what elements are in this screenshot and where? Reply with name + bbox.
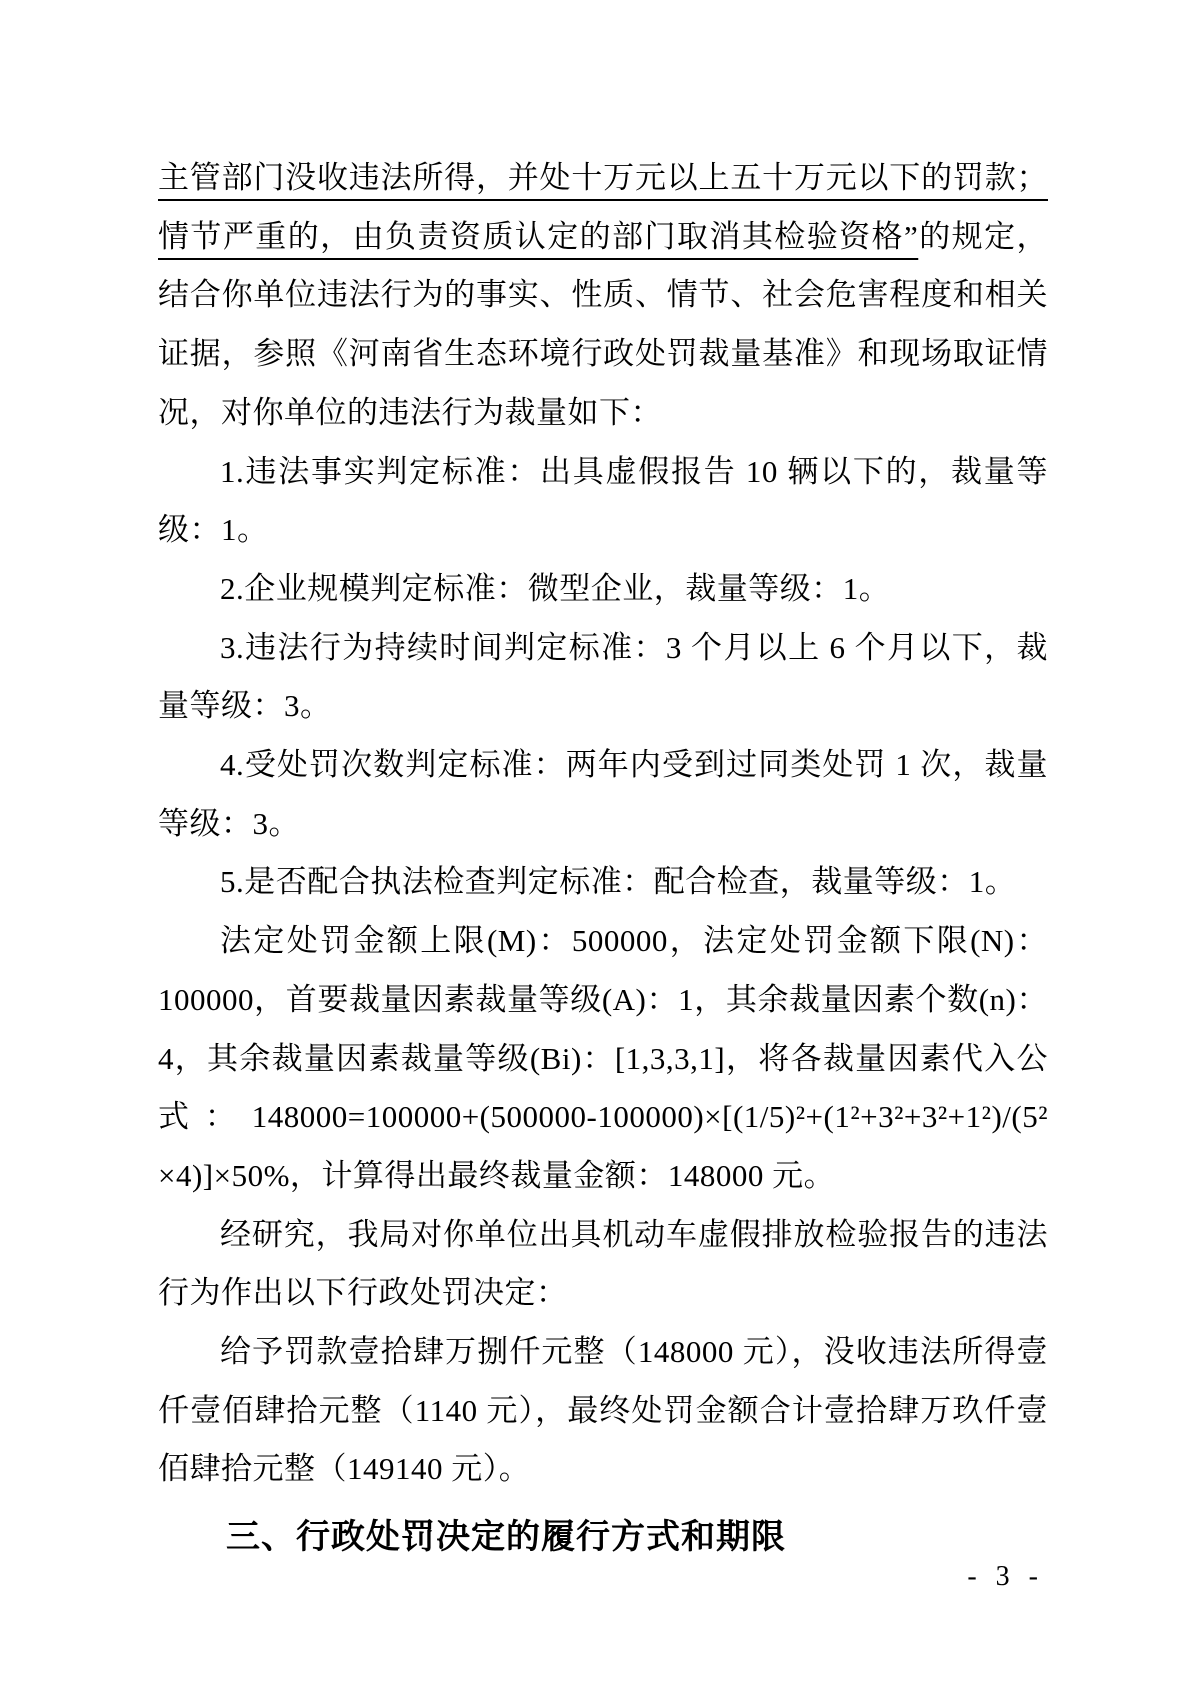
doc-line-decision: 行为作出以下行政处罚决定： [158, 1264, 1048, 1323]
doc-line: 证据，参照《河南省生态环境行政处罚裁量基准》和现场取证情 [158, 325, 1048, 384]
doc-line-formula: 式：148000=100000+(500000-100000)×[(1/5)²+… [158, 1088, 1048, 1147]
doc-line-item-1: 1.违法事实判定标准：出具虚假报告 10 辆以下的，裁量等 [158, 443, 1048, 502]
doc-line: 量等级：3。 [158, 677, 1048, 736]
doc-line-item-2: 2.企业规模判定标准：微型企业，裁量等级：1。 [158, 560, 1048, 619]
section-heading: 三、行政处罚决定的履行方式和期限 [158, 1508, 1048, 1567]
underlined-statute-text: 情节严重的，由负责资质认定的部门取消其检验资格” [158, 219, 918, 254]
doc-line: 况，对你单位的违法行为裁量如下： [158, 384, 1048, 443]
doc-line-penalty: 仟壹佰肆拾元整（1140 元），最终处罚金额合计壹拾肆万玖仟壹 [158, 1382, 1048, 1441]
doc-line-formula: 4，其余裁量因素裁量等级(Bi)：[1,3,3,1]，将各裁量因素代入公 [158, 1030, 1048, 1089]
underlined-statute-text: 主管部门没收违法所得，并处十万元以上五十万元以下的罚款； [158, 160, 1048, 195]
doc-line-penalty: 佰肆拾元整（149140 元）。 [158, 1440, 1048, 1499]
doc-text: 的规定， [918, 219, 1048, 254]
document-body: 主管部门没收违法所得，并处十万元以上五十万元以下的罚款； 情节严重的，由负责资质… [158, 149, 1048, 1567]
doc-line: 结合你单位违法行为的事实、性质、情节、社会危害程度和相关 [158, 266, 1048, 325]
doc-line-formula: 法定处罚金额上限(M)：500000，法定处罚金额下限(N)： [158, 912, 1048, 971]
doc-line: 主管部门没收违法所得，并处十万元以上五十万元以下的罚款； [158, 149, 1048, 208]
doc-line-decision: 经研究，我局对你单位出具机动车虚假排放检验报告的违法 [158, 1206, 1048, 1265]
doc-line-formula: ×4)]×50%，计算得出最终裁量金额：148000 元。 [158, 1147, 1048, 1206]
doc-line: 情节严重的，由负责资质认定的部门取消其检验资格”的规定， [158, 208, 1048, 267]
doc-line-item-5: 5.是否配合执法检查判定标准：配合检查，裁量等级：1。 [158, 853, 1048, 912]
doc-line: 级：1。 [158, 501, 1048, 560]
doc-line-item-3: 3.违法行为持续时间判定标准：3 个月以上 6 个月以下，裁 [158, 619, 1048, 678]
doc-line-penalty: 给予罚款壹拾肆万捌仟元整（148000 元），没收违法所得壹 [158, 1323, 1048, 1382]
doc-line: 等级：3。 [158, 795, 1048, 854]
doc-line-formula: 100000，首要裁量因素裁量等级(A)：1，其余裁量因素个数(n)： [158, 971, 1048, 1030]
doc-line-item-4: 4.受处罚次数判定标准：两年内受到过同类处罚 1 次，裁量 [158, 736, 1048, 795]
document-page: 主管部门没收违法所得，并处十万元以上五十万元以下的罚款； 情节严重的，由负责资质… [0, 0, 1190, 1684]
page-number: - 3 - [967, 1561, 1044, 1593]
